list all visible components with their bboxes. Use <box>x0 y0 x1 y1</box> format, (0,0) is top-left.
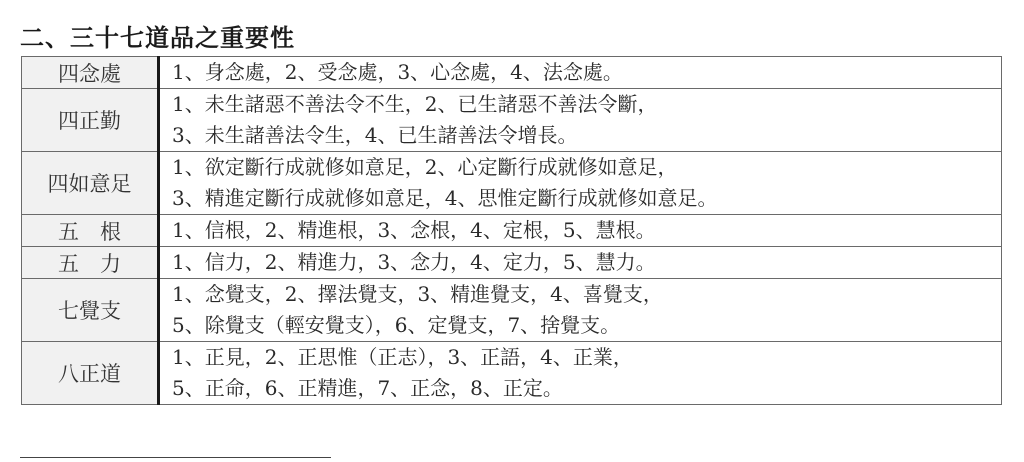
content-line: 1、信根，2、精進根，3、念根，4、定根，5、慧根。 <box>172 215 1001 246</box>
row-content: 1、身念處，2、受念處，3、心念處，4、法念處。 <box>159 57 1002 89</box>
row-label: 四如意足 <box>22 152 159 215</box>
row-label: 七覺支 <box>22 279 159 342</box>
content-line: 1、欲定斷行成就修如意足，2、心定斷行成就修如意足， <box>172 152 1001 183</box>
row-label: 四念處 <box>22 57 159 89</box>
row-content: 1、正見，2、正思惟（正志），3、正語，4、正業， 5、正命，6、正精進，7、正… <box>159 342 1002 405</box>
table-row: 七覺支 1、念覺支，2、擇法覺支，3、精進覺支，4、喜覺支， 5、除覺支（輕安覺… <box>22 279 1002 342</box>
table-row: 五 根 1、信根，2、精進根，3、念根，4、定根，5、慧根。 <box>22 215 1002 247</box>
row-content: 1、未生諸惡不善法令不生，2、已生諸惡不善法令斷， 3、未生諸善法令生，4、已生… <box>159 89 1002 152</box>
table-row: 四正勤 1、未生諸惡不善法令不生，2、已生諸惡不善法令斷， 3、未生諸善法令生，… <box>22 89 1002 152</box>
content-line: 1、身念處，2、受念處，3、心念處，4、法念處。 <box>172 57 1001 88</box>
table-row: 八正道 1、正見，2、正思惟（正志），3、正語，4、正業， 5、正命，6、正精進… <box>22 342 1002 405</box>
row-label: 五 根 <box>22 215 159 247</box>
content-line: 5、正命，6、正精進，7、正念，8、正定。 <box>172 373 1001 404</box>
table-row: 四念處 1、身念處，2、受念處，3、心念處，4、法念處。 <box>22 57 1002 89</box>
row-label: 四正勤 <box>22 89 159 152</box>
content-line: 1、信力，2、精進力，3、念力，4、定力，5、慧力。 <box>172 247 1001 278</box>
row-content: 1、信根，2、精進根，3、念根，4、定根，5、慧根。 <box>159 215 1002 247</box>
content-line: 1、正見，2、正思惟（正志），3、正語，4、正業， <box>172 342 1001 373</box>
content-line: 1、念覺支，2、擇法覺支，3、精進覺支，4、喜覺支， <box>172 279 1001 310</box>
table-row: 四如意足 1、欲定斷行成就修如意足，2、心定斷行成就修如意足， 3、精進定斷行成… <box>22 152 1002 215</box>
row-content: 1、念覺支，2、擇法覺支，3、精進覺支，4、喜覺支， 5、除覺支（輕安覺支），6… <box>159 279 1002 342</box>
content-line: 1、未生諸惡不善法令不生，2、已生諸惡不善法令斷， <box>172 89 1001 120</box>
content-line: 5、除覺支（輕安覺支），6、定覺支，7、捨覺支。 <box>172 310 1001 341</box>
content-line: 3、精進定斷行成就修如意足，4、思惟定斷行成就修如意足。 <box>172 183 1001 214</box>
row-content: 1、信力，2、精進力，3、念力，4、定力，5、慧力。 <box>159 247 1002 279</box>
row-label: 八正道 <box>22 342 159 405</box>
row-content: 1、欲定斷行成就修如意足，2、心定斷行成就修如意足， 3、精進定斷行成就修如意足… <box>159 152 1002 215</box>
footnote-divider <box>20 457 331 458</box>
row-label: 五 力 <box>22 247 159 279</box>
content-line: 3、未生諸善法令生，4、已生諸善法令增長。 <box>172 120 1001 151</box>
thirty-seven-factors-table: 四念處 1、身念處，2、受念處，3、心念處，4、法念處。 四正勤 1、未生諸惡不… <box>21 56 1002 405</box>
table-row: 五 力 1、信力，2、精進力，3、念力，4、定力，5、慧力。 <box>22 247 1002 279</box>
section-title: 二、三十七道品之重要性 <box>20 18 295 53</box>
